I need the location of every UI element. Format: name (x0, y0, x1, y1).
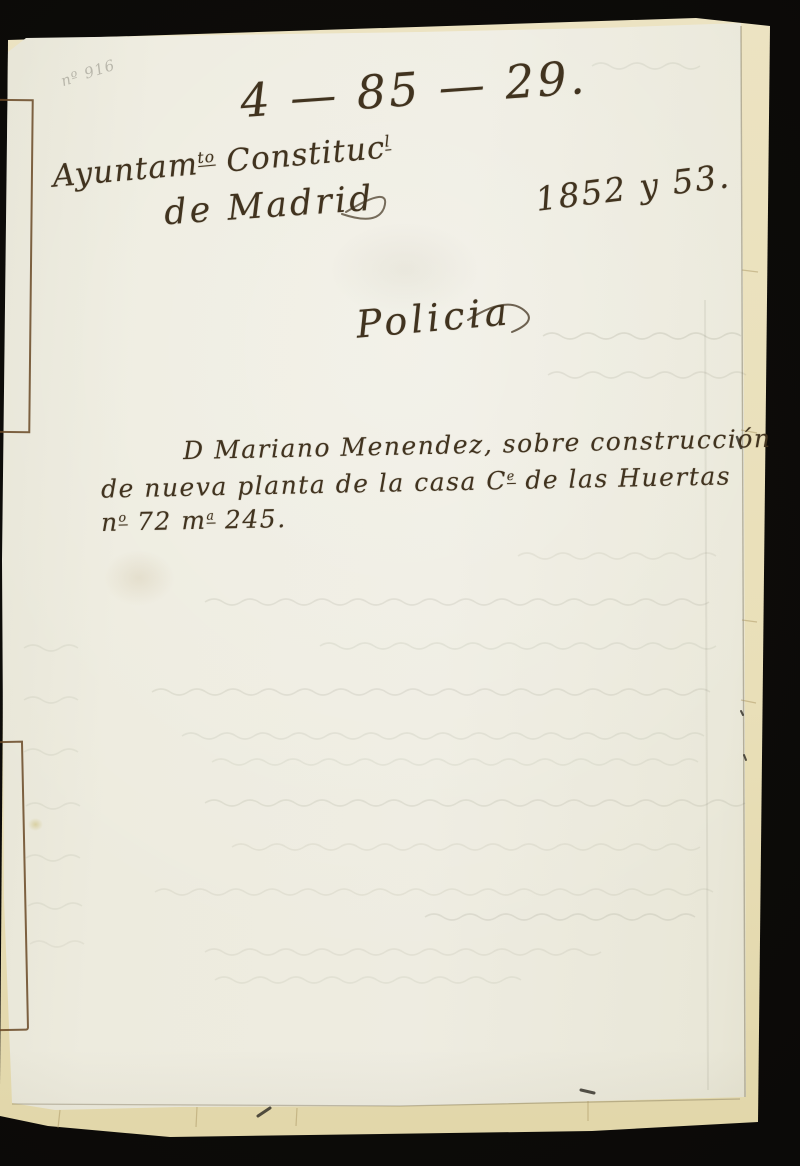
paper-stain (103, 550, 175, 606)
body-line-3: no 72 ma 245. (101, 504, 287, 537)
office-superscript: to (197, 148, 216, 167)
body-text: n (101, 508, 119, 537)
paper-stain (28, 818, 43, 831)
margin-frame-top (0, 99, 34, 433)
body-text: de las Huertas (516, 461, 732, 495)
body-superscript: a (206, 508, 215, 523)
archive-scan: nº 916 4 — 85 — 29. Ayuntamto Constitucl… (0, 0, 800, 1166)
office-superscript: l (384, 132, 392, 150)
body-superscript: o (118, 510, 127, 525)
body-superscript: e (507, 468, 516, 483)
body-text: 245. (215, 504, 287, 534)
body-text: 72 m (127, 506, 207, 537)
